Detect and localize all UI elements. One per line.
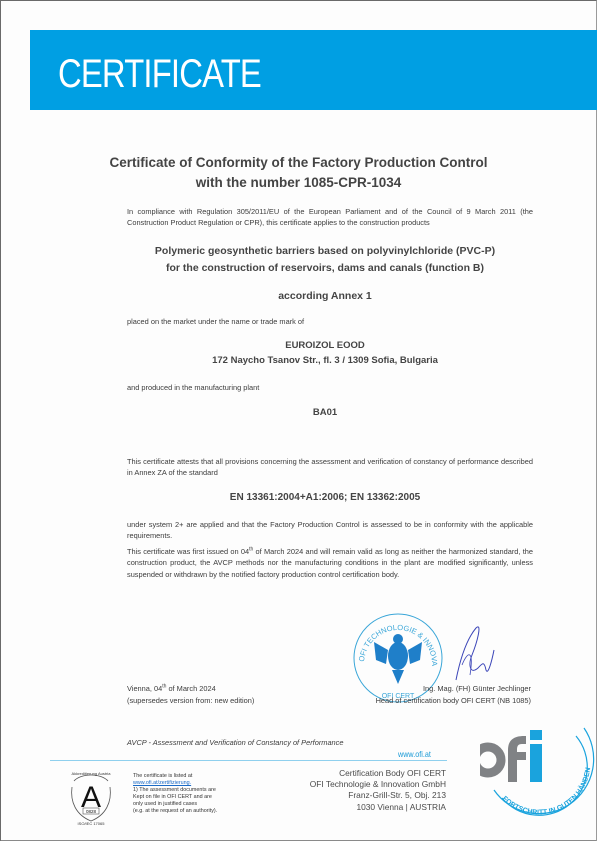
signature-icon xyxy=(448,620,498,690)
svg-text:ISO/IEC 17065: ISO/IEC 17065 xyxy=(78,821,106,826)
place-date: Vienna, 04th of March 2024 xyxy=(127,683,254,695)
certificate-listing-link[interactable]: www.ofi.at/zertifizierung. xyxy=(133,780,191,786)
heading-line-2: with the number 1085-CPR-1034 xyxy=(0,175,597,190)
validity-text: This certificate was first issued on 04t… xyxy=(127,546,533,580)
manufacturer-name: EUROIZOL EOOD xyxy=(100,340,550,351)
page-frame xyxy=(0,0,597,841)
svg-text:0828: 0828 xyxy=(86,809,97,814)
plant-code: BA01 xyxy=(100,407,550,418)
footer-divider xyxy=(50,760,447,761)
product-line-1: Polymeric geosynthetic barriers based on… xyxy=(100,245,550,257)
produced-text: and produced in the manufacturing plant xyxy=(127,382,533,393)
placed-text: placed on the market under the name or t… xyxy=(127,316,533,327)
compliance-text: In compliance with Regulation 305/2011/E… xyxy=(127,206,533,229)
signer-block: Ing. Mag. (FH) Günter Jechlinger Head of… xyxy=(340,683,531,706)
address-line: Franz-Grill-Str. 5, Obj. 213 xyxy=(300,790,446,801)
note-line: The certificate is listed at xyxy=(133,773,217,780)
banner-title: CERTIFICATE xyxy=(58,52,261,97)
attests-text: This certificate attests that all provis… xyxy=(127,456,533,479)
note-line: Kept on file in OFI CERT and are xyxy=(133,794,217,801)
heading-line-1: Certificate of Conformity of the Factory… xyxy=(0,155,597,170)
system-text: under system 2+ are applied and that the… xyxy=(127,519,533,542)
manufacturer-address: 172 Naycho Tsanov Str., fl. 3 / 1309 Sof… xyxy=(100,355,550,366)
note-line: only used in justified cases xyxy=(133,801,217,808)
accreditation-austria-icon: Akkreditierung Austria A 0828 ISO/IEC 17… xyxy=(66,767,116,827)
place-date-block: Vienna, 04th of March 2024 (supersedes v… xyxy=(127,683,254,706)
address-line: 1030 Vienna | AUSTRIA xyxy=(300,802,446,813)
annex-label: according Annex 1 xyxy=(100,290,550,302)
avcp-note: AVCP - Assessment and Verification of Co… xyxy=(127,738,343,747)
address-line: OFI Technologie & Innovation GmbH xyxy=(300,779,446,790)
signer-name: Ing. Mag. (FH) Günter Jechlinger xyxy=(340,683,531,695)
certificate-banner: CERTIFICATE xyxy=(30,30,597,110)
certificate-listing-note: The certificate is listed at www.ofi.at/… xyxy=(133,773,217,816)
supersedes-note: (supersedes version from: new edition) xyxy=(127,695,254,707)
certification-body-address: Certification Body OFI CERT OFI Technolo… xyxy=(300,768,446,813)
ofi-website-link[interactable]: www.ofi.at xyxy=(398,749,431,759)
signer-role: Head of certification body OFI CERT (NB … xyxy=(340,695,531,707)
address-line: Certification Body OFI CERT xyxy=(300,768,446,779)
standard-reference: EN 13361:2004+A1:2006; EN 13362:2005 xyxy=(100,492,550,503)
ofi-logo-icon: FORTSCHRITT IN GUTEN HÄNDEN xyxy=(480,722,595,822)
note-line: (e.g. at the request of an authority). xyxy=(133,808,217,815)
note-line: 1) The assessment documents are xyxy=(133,787,217,794)
svg-text:Akkreditierung Austria: Akkreditierung Austria xyxy=(72,771,112,776)
product-line-2: for the construction of reservoirs, dams… xyxy=(100,262,550,274)
